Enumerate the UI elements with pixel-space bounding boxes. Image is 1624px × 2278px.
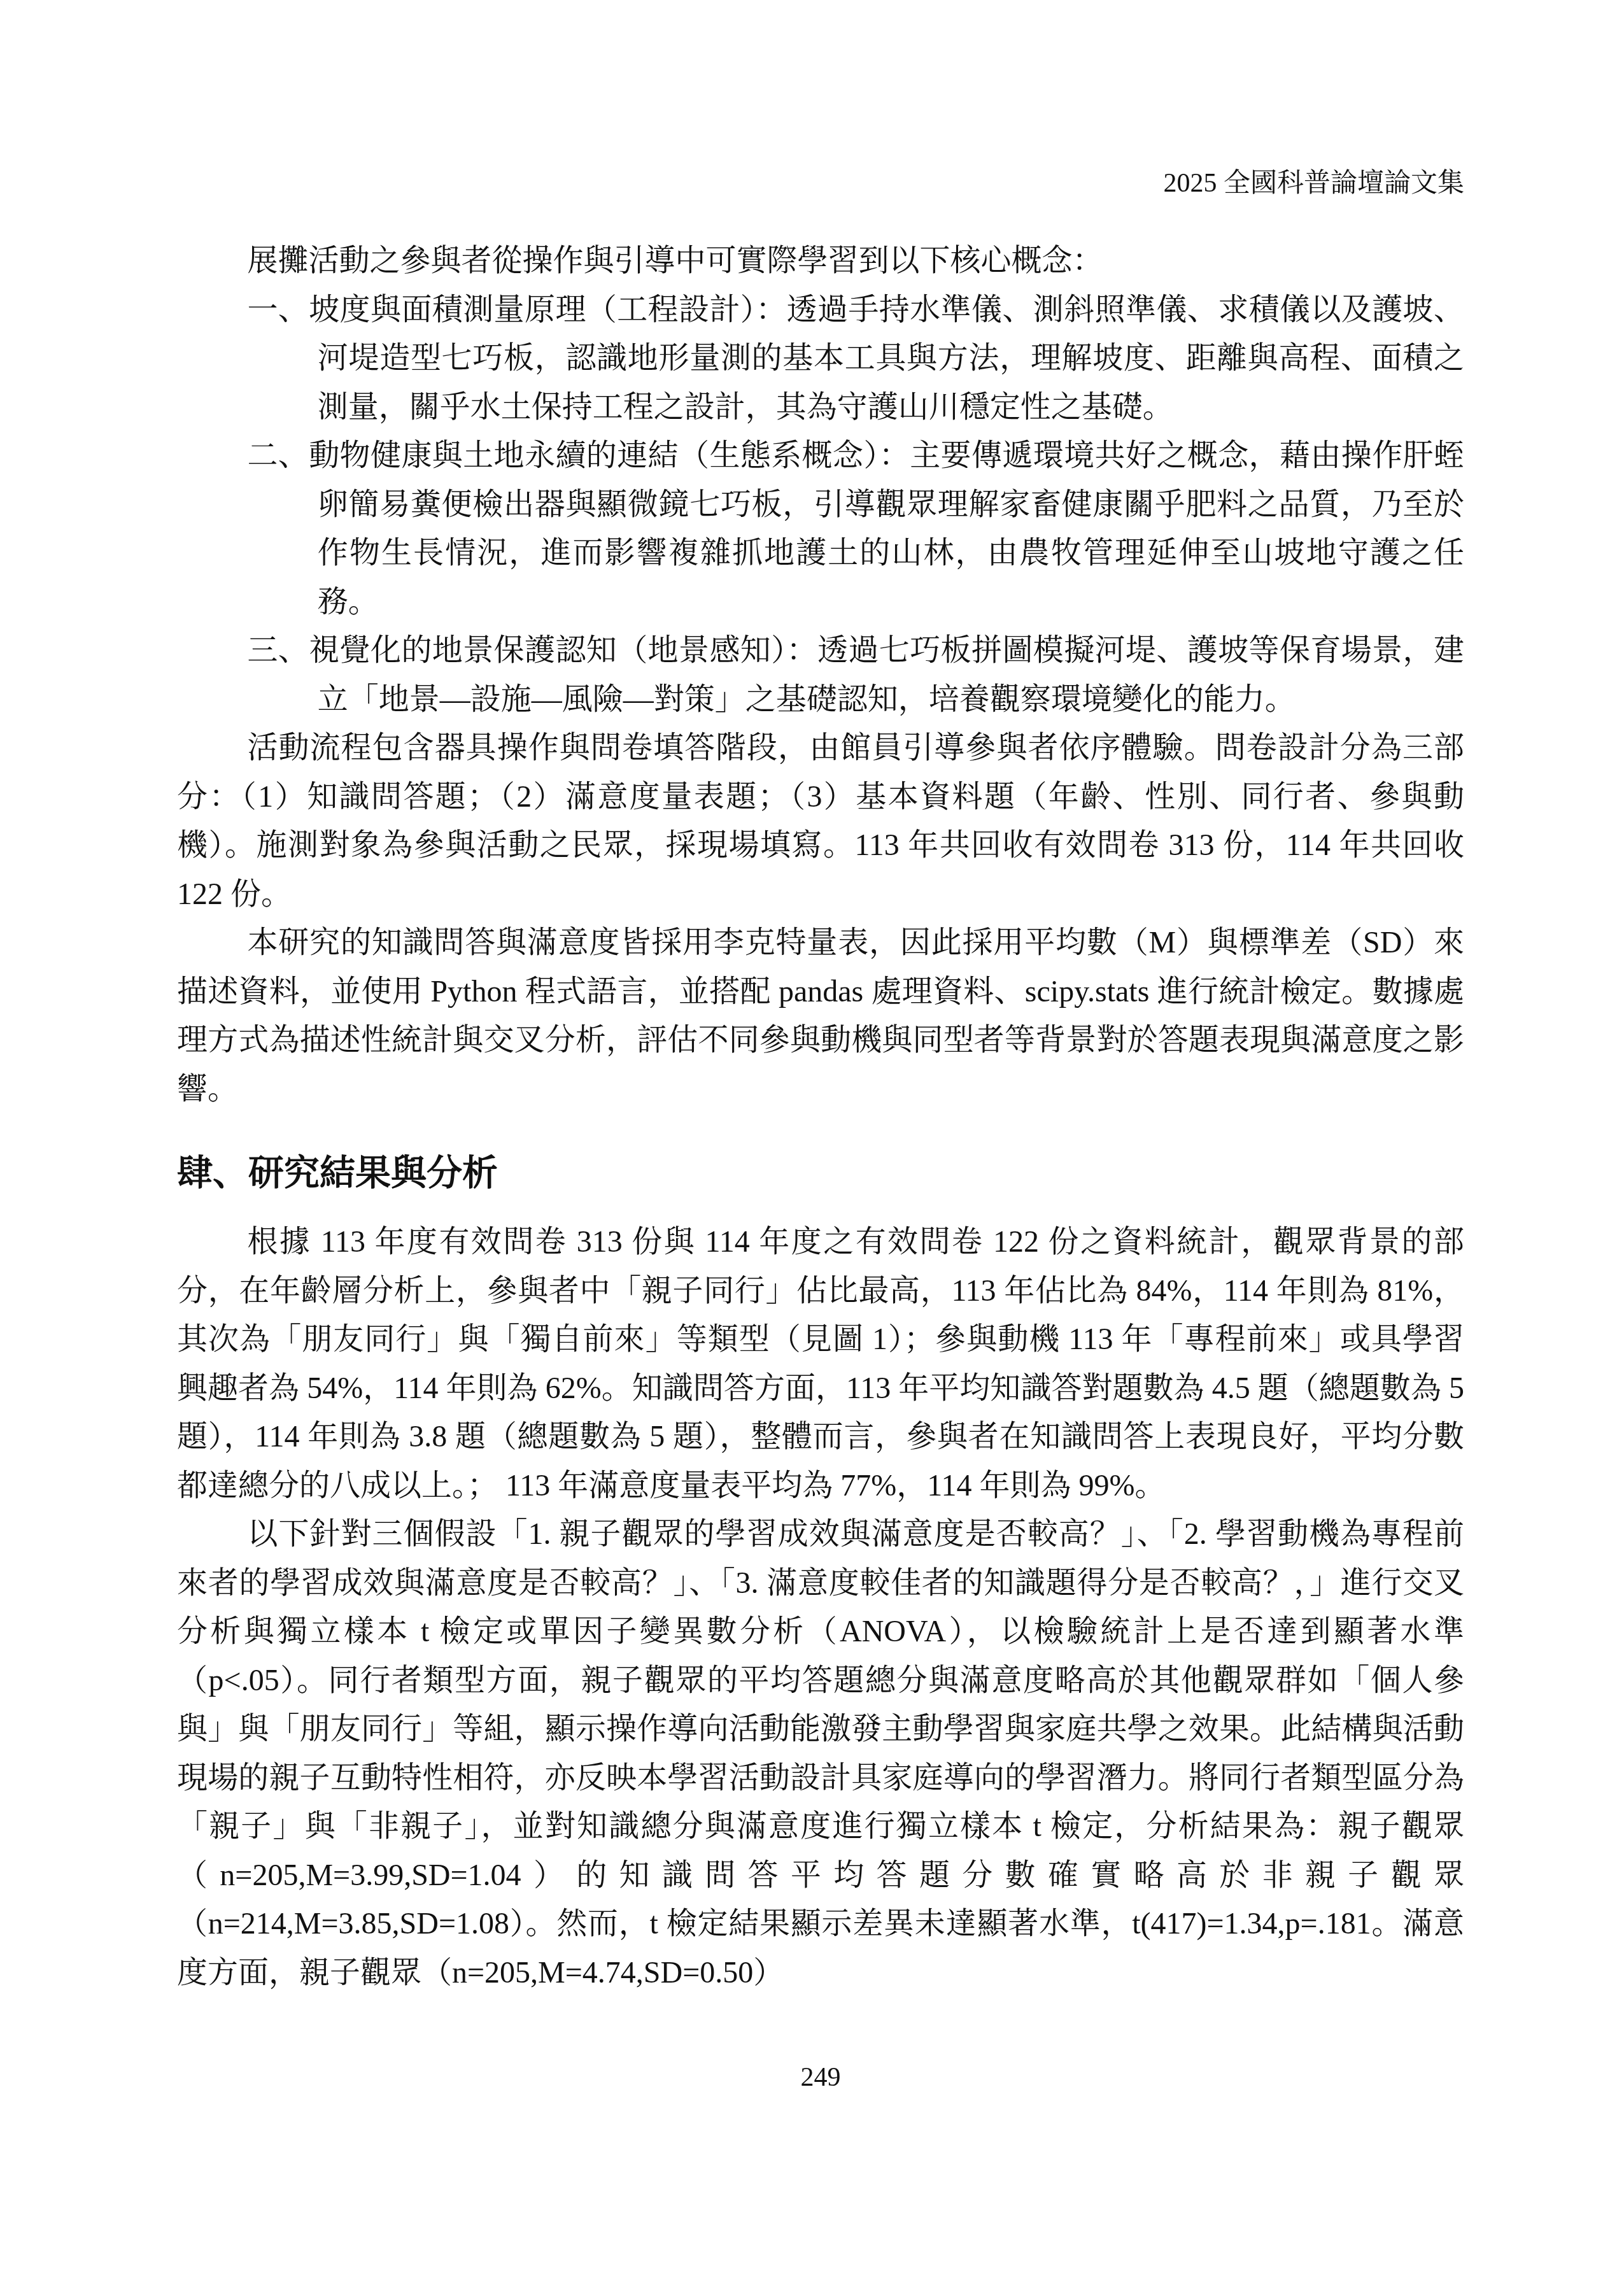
list-marker-2: 二、 (247, 439, 309, 472)
page-header: 2025 全國科普論壇論文集 (177, 167, 1464, 200)
page-number: 249 (801, 2063, 841, 2092)
page-footer: 249 (177, 2062, 1464, 2093)
paragraph-procedure: 活動流程包含器具操作與問卷填答階段，由館員引導參與者依序體驗。問卷設計分為三部分… (177, 724, 1464, 919)
page-body: 展攤活動之參與者從操作與引導中可實際學習到以下核心概念： 一、坡度與面積測量原理… (177, 237, 1464, 1997)
concept-list-item-1: 一、坡度與面積測量原理（工程設計）：透過手持水準儀、測斜照準儀、求積儀以及護坡、… (177, 286, 1464, 432)
document-page: 2025 全國科普論壇論文集 展攤活動之參與者從操作與引導中可實際學習到以下核心… (0, 0, 1624, 2278)
paragraph-hypothesis-analysis: 以下針對三個假設「1. 親子觀眾的學習成效與滿意度是否較高？」、「2. 學習動機… (177, 1510, 1464, 1997)
paragraph-results-overview: 根據 113 年度有效問卷 313 份與 114 年度之有效問卷 122 份之資… (177, 1218, 1464, 1510)
list-item-text-1: 坡度與面積測量原理（工程設計）：透過手持水準儀、測斜照準儀、求積儀以及護坡、河堤… (309, 293, 1464, 424)
list-marker-3: 三、 (247, 633, 309, 667)
intro-paragraph: 展攤活動之參與者從操作與引導中可實際學習到以下核心概念： (177, 237, 1464, 286)
list-item-text-2: 動物健康與土地永續的連結（生態系概念）：主要傳遞環境共好之概念，藉由操作肝蛭卵簡… (309, 439, 1464, 619)
list-marker-1: 一、 (247, 293, 309, 327)
proceedings-title: 2025 全國科普論壇論文集 (1163, 169, 1464, 198)
list-item-text-3: 視覺化的地景保護認知（地景感知）：透過七巧板拼圖模擬河堤、護坡等保育場景，建立「… (309, 633, 1464, 716)
section-heading: 肆、研究結果與分析 (177, 1153, 1464, 1194)
concept-list-item-2: 二、動物健康與土地永續的連結（生態系概念）：主要傳遞環境共好之概念，藉由操作肝蛭… (177, 432, 1464, 626)
concept-list-item-3: 三、視覺化的地景保護認知（地景感知）：透過七巧板拼圖模擬河堤、護坡等保育場景，建… (177, 626, 1464, 724)
paragraph-methods: 本研究的知識問答與滿意度皆採用李克特量表，因此採用平均數（M）與標準差（SD）來… (177, 919, 1464, 1114)
